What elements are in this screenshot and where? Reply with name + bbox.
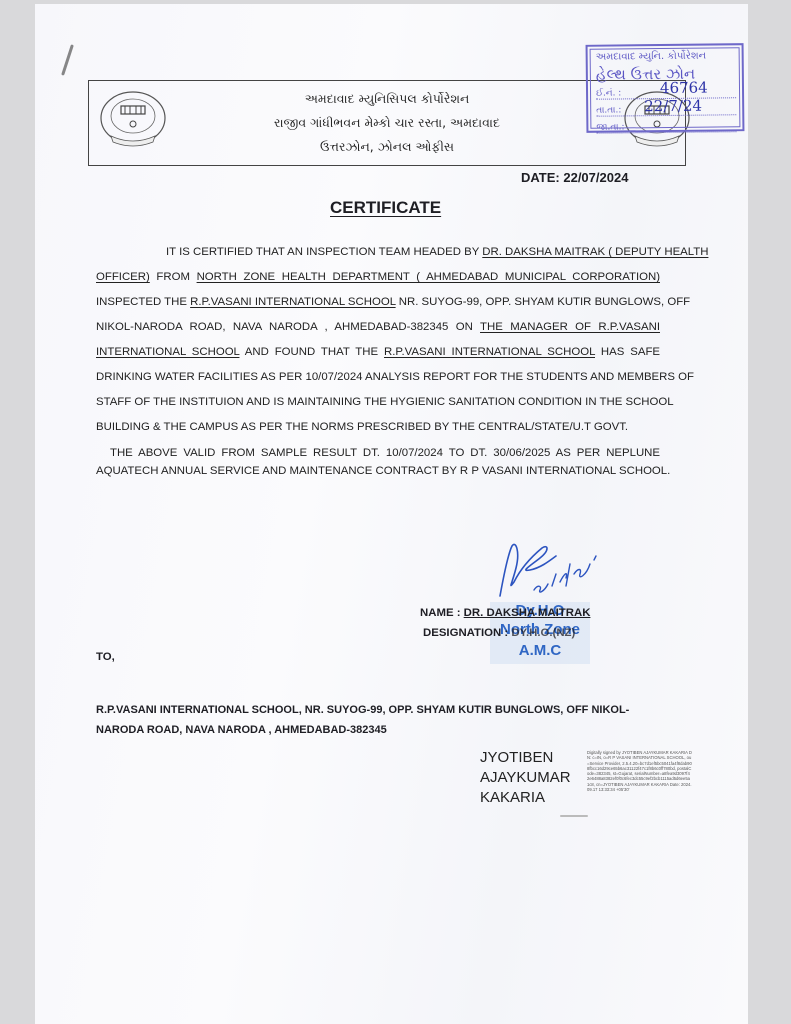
stamp-date: 22/7/24	[644, 97, 702, 116]
body-line: BUILDING & THE CAMPUS AS PER THE NORMS P…	[96, 415, 660, 440]
stamp-line: A.M.C	[490, 642, 590, 659]
faint-mark	[560, 815, 588, 817]
inward-receipt-stamp: અમદાવાદ મ્યુનિ. કોર્પોરેશન હેલ્થ ઉત્તર ઝ…	[586, 43, 745, 133]
body-line: INTERNATIONAL SCHOOL AND FOUND THAT THE …	[96, 340, 660, 365]
body-line: NIKOL-NARODA ROAD, NAVA NARODA , AHMEDAB…	[96, 315, 660, 340]
stamp-inward-no: 46764	[660, 79, 708, 97]
stamp-org: અમદાવાદ મ્યુનિ. કોર્પોરેશન	[596, 51, 707, 63]
digital-signer-name: JYOTIBEN AJAYKUMAR KAKARIA	[480, 748, 571, 808]
address-line: NARODA ROAD, NAVA NARODA , AHMEDABAD-382…	[96, 720, 656, 740]
org-zone-office: ઉત્તરઝોન, ઝોનલ ઓફીસ	[89, 135, 685, 159]
validity-statement: THE ABOVE VALID FROM SAMPLE RESULT DT. 1…	[96, 444, 660, 480]
address-line: R.P.VASANI INTERNATIONAL SCHOOL, NR. SUY…	[96, 700, 656, 720]
body-line: STAFF OF THE INSTITUION AND IS MAINTAINI…	[96, 390, 660, 415]
certificate-body: IT IS CERTIFIED THAT AN INSPECTION TEAM …	[96, 240, 660, 440]
validity-line: AQUATECH ANNUAL SERVICE AND MAINTENANCE …	[96, 462, 660, 480]
signatory-designation: DESIGNATION : DY.H.O.(NZ)	[423, 627, 575, 639]
body-line: IT IS CERTIFIED THAT AN INSPECTION TEAM …	[96, 240, 660, 265]
inspector-name: DR. DAKSHA MAITRAK ( DEPUTY HEALTH	[482, 246, 708, 258]
body-line: DRINKING WATER FACILITIES AS PER 10/07/2…	[96, 365, 660, 390]
body-line: OFFICER) FROM NORTH ZONE HEALTH DEPARTME…	[96, 265, 660, 290]
body-line: INSPECTED THE R.P.VASANI INTERNATIONAL S…	[96, 290, 660, 315]
signer-name-line: KAKARIA	[480, 788, 571, 808]
digital-signature-details: Digitally signed by JYOTIBEN AJAYKUMAR K…	[587, 750, 692, 792]
validity-line: THE ABOVE VALID FROM SAMPLE RESULT DT. 1…	[96, 444, 660, 462]
recipient-address: R.P.VASANI INTERNATIONAL SCHOOL, NR. SUY…	[96, 700, 656, 740]
handwritten-signature	[490, 534, 640, 604]
recipient-label: TO,	[96, 651, 115, 663]
signer-name-line: JYOTIBEN	[480, 748, 571, 768]
document-title: CERTIFICATE	[330, 198, 441, 218]
department-name: NORTH ZONE HEALTH DEPARTMENT ( AHMEDABAD…	[197, 271, 660, 283]
school-name: R.P.VASANI INTERNATIONAL SCHOOL	[190, 296, 396, 308]
stamp-outward-label: જા.તા.:	[596, 121, 736, 133]
signatory-name: NAME : DR. DAKSHA MAITRAK	[420, 607, 590, 619]
signer-name-line: AJAYKUMAR	[480, 768, 571, 788]
document-date: DATE: 22/07/2024	[521, 170, 628, 185]
